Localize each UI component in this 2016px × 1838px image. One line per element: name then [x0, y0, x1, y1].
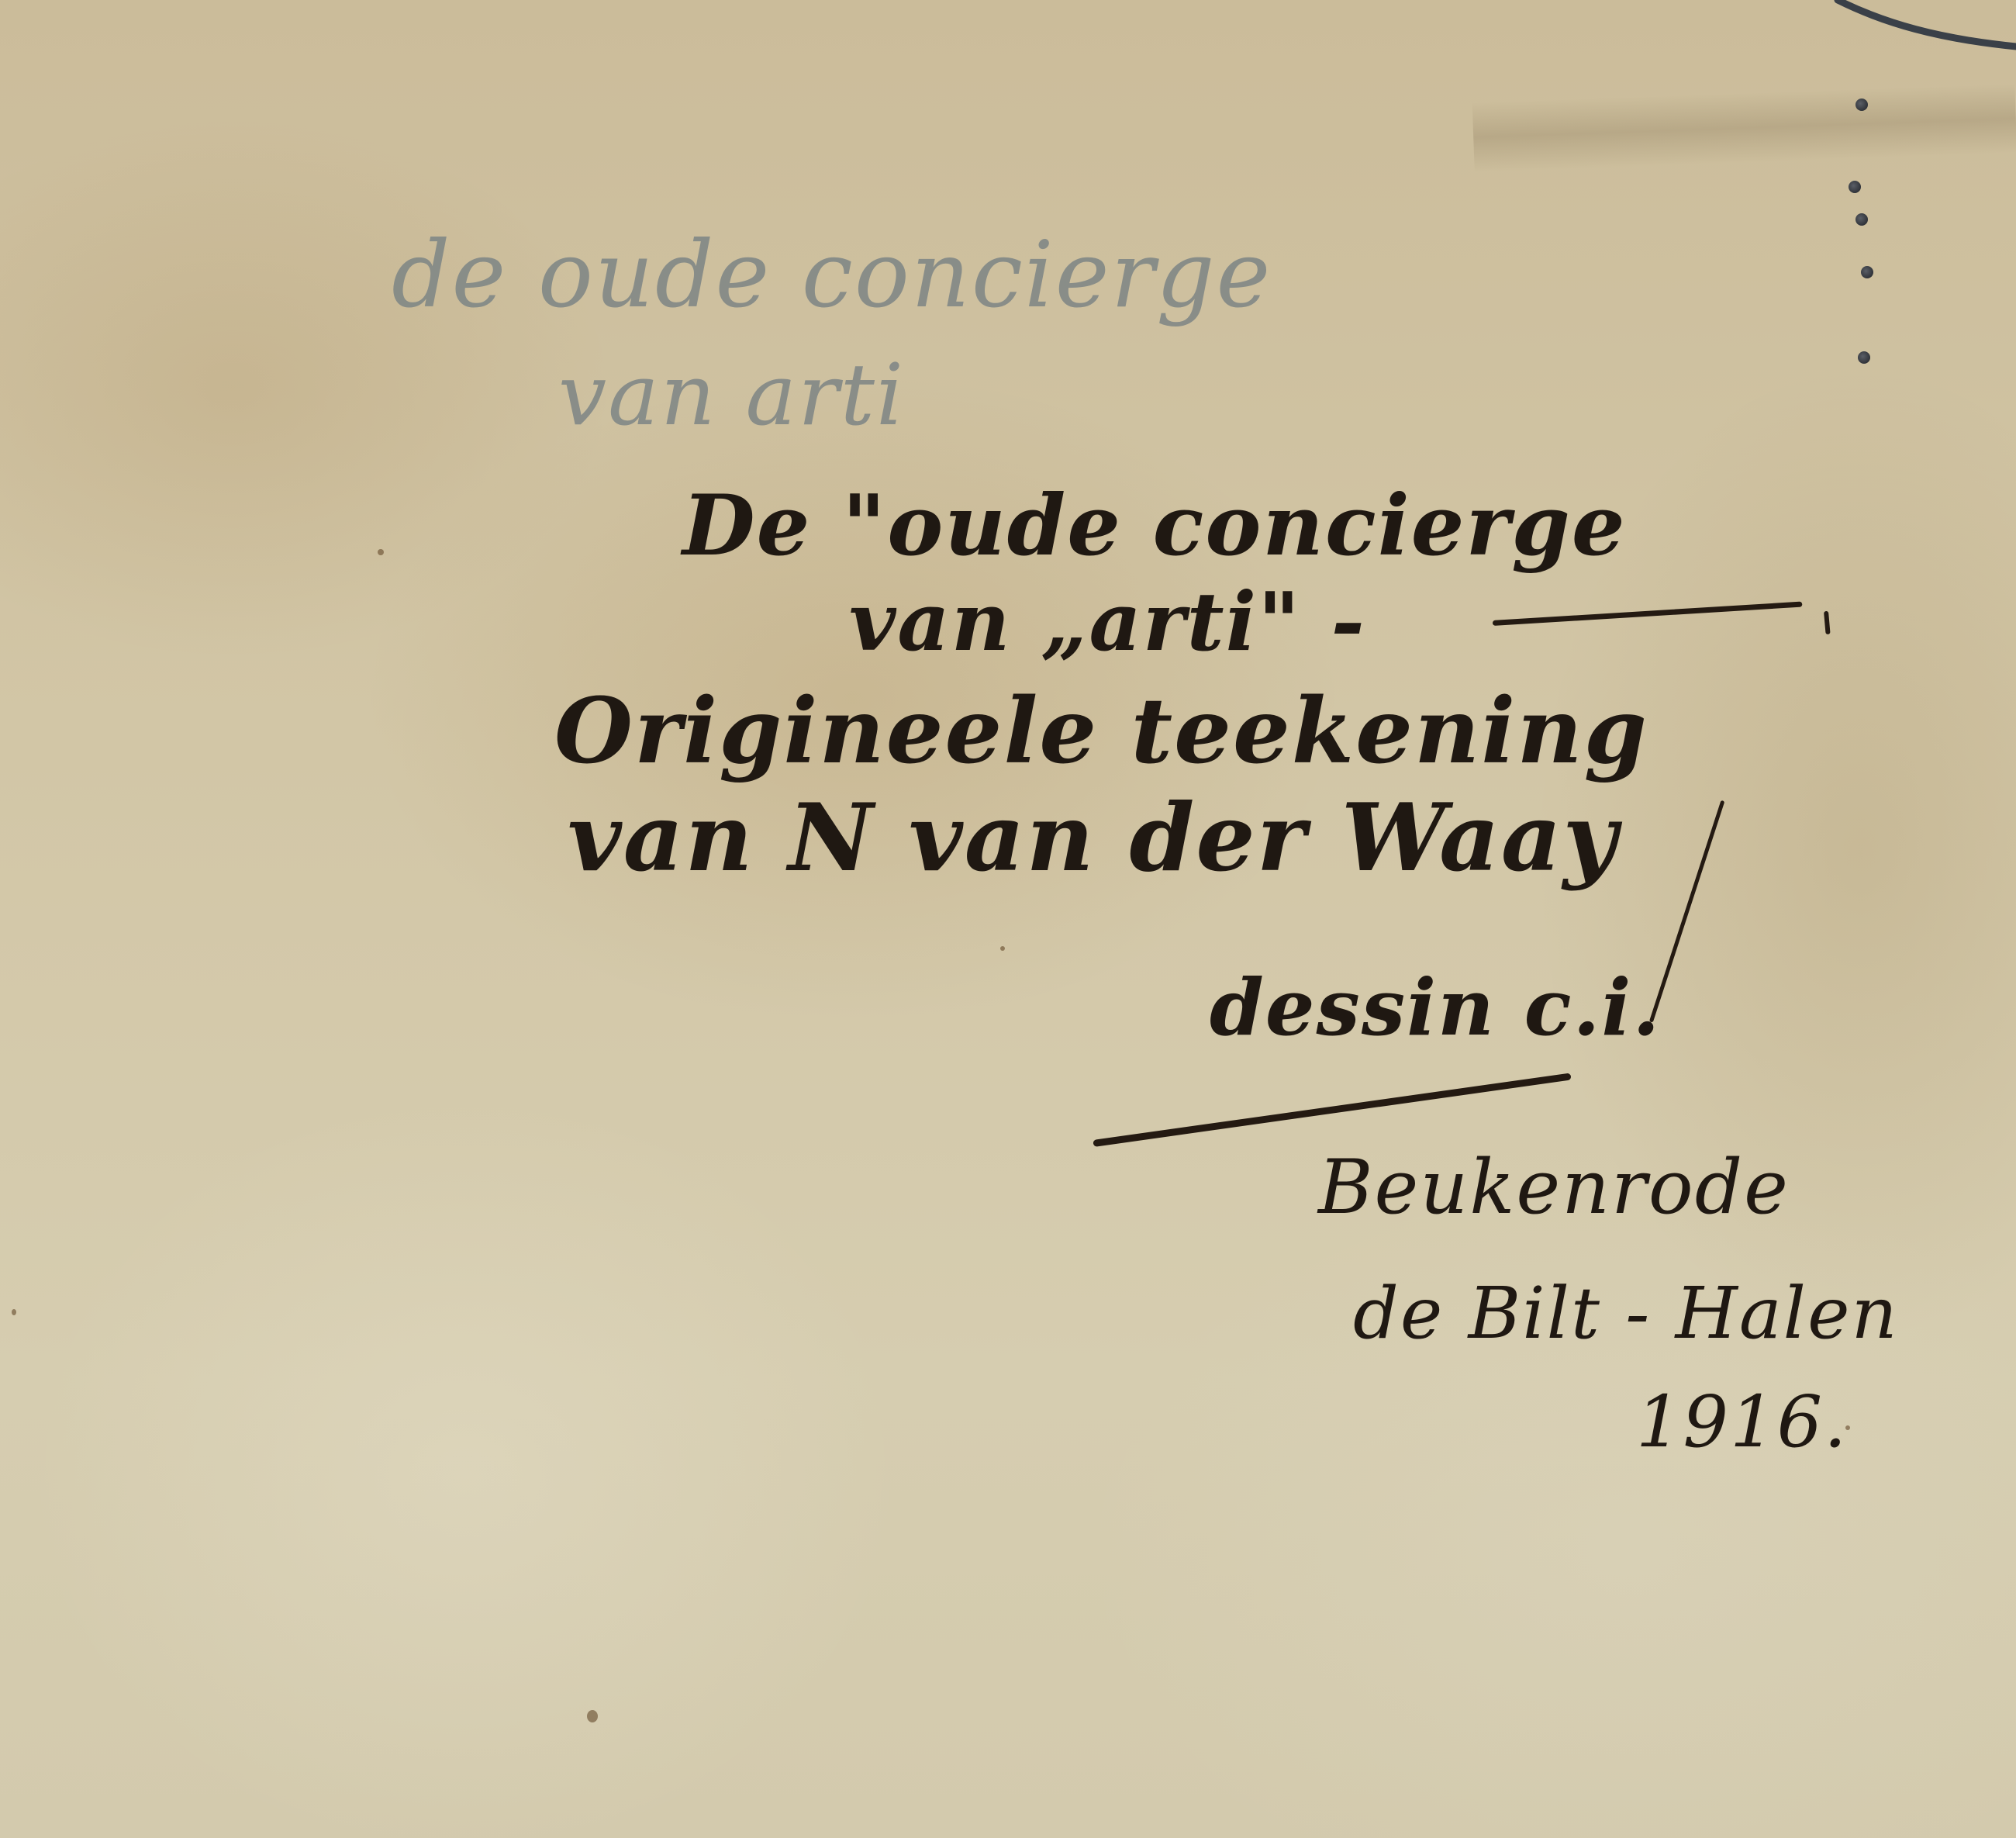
nail-hole [1855, 98, 1868, 111]
provenance-place: Beukenrode [1318, 1144, 1790, 1231]
inscription-line4: van N van der Waay [568, 783, 1618, 893]
nail-hole [1861, 266, 1873, 278]
foxing-speck [378, 549, 384, 555]
hanging-wire [1822, 0, 2016, 70]
nail-hole [1858, 351, 1870, 364]
pencil-note-line1: de oude concierge [392, 221, 1272, 328]
foxing-speck [1845, 1425, 1850, 1430]
pencil-note-line2: van arti [558, 345, 905, 444]
nail-hole [1849, 181, 1861, 193]
inscription-line3: Origineele teekening [554, 679, 1648, 784]
inscription-line1: De "oude concierge [682, 477, 1627, 575]
foxing-speck [587, 1710, 598, 1722]
inscription-line2: van „arti" - [849, 574, 1366, 669]
provenance-year: 1916. [1636, 1380, 1848, 1463]
inscription-annotation: dessin c.i. [1210, 962, 1661, 1053]
foxing-speck [1000, 946, 1005, 951]
provenance-location: de Bilt - Halen [1353, 1272, 1899, 1355]
nail-hole [1855, 213, 1868, 226]
foxing-speck [12, 1309, 16, 1315]
